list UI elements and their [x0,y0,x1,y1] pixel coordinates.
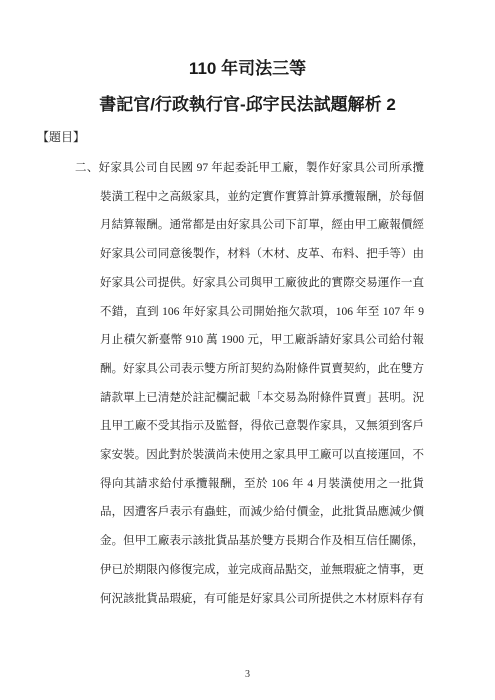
question-text-line: 月結算報酬。通常都是由好家具公司下訂單，經由甲工廠報價經 [100,211,424,240]
question-text-line: 伊已於期限內修復完成，並完成商品點交，並無瑕疵之情事，更 [100,556,424,585]
question-text-line: 請款單上已清楚於註記欄記載「本交易為附條件買賣」甚明。況 [100,384,424,413]
document-title-line1: 110 年司法三等 [0,57,495,81]
document-page: 110 年司法三等 書記官/行政執行官-邱宇民法試題解析 2 【題目】 二、好家… [0,0,495,700]
question-text-line: 何況該批貨品瑕疵，有可能是好家具公司所提供之木材原料存有 [100,585,424,614]
question-text-line: 好家具公司同意後製作，材料（木材、皮革、布料、把手等）由 [100,240,424,269]
question-paragraph: 二、好家具公司自民國 97 年起委託甲工廠，製作好家具公司所承攬裝潢工程中之高級… [100,154,424,613]
section-label-question: 【題目】 [37,129,495,146]
question-text-line: 金。但甲工廠表示該批貨品基於雙方長期合作及相互信任關係， [100,527,424,556]
document-title-line2: 書記官/行政執行官-邱宇民法試題解析 2 [0,93,495,117]
question-text-line: 且甲工廠不受其指示及監督，得依己意製作家具，又無須到客戶 [100,412,424,441]
question-text-line: 家安裝。因此對於裝潢尚未使用之家具甲工廠可以直接運回，不 [100,441,424,470]
question-text-line: 裝潢工程中之高級家具，並約定實作實算計算承攬報酬，於每個 [100,183,424,212]
question-text-line: 得向其請求給付承攬報酬，至於 106 年 4 月裝潢使用之一批貨 [100,470,424,499]
page-number: 3 [0,669,495,680]
question-text-line: 二、好家具公司自民國 97 年起委託甲工廠，製作好家具公司所承攬 [100,154,424,183]
question-text-line: 品，因遭客戶表示有蟲蛀，而減少給付價金，此批貨品應減少價 [100,498,424,527]
question-text-line: 不錯，直到 106 年好家具公司開始拖欠款項，106 年至 107 年 9 [100,298,424,327]
question-text-line: 酬。好家具公司表示雙方所訂契約為附條件買賣契約，此在雙方 [100,355,424,384]
question-text-line: 好家具公司提供。好家具公司與甲工廠彼此的實際交易運作一直 [100,269,424,298]
question-text-line: 月止積欠新臺幣 910 萬 1900 元，甲工廠訴請好家具公司給付報 [100,326,424,355]
